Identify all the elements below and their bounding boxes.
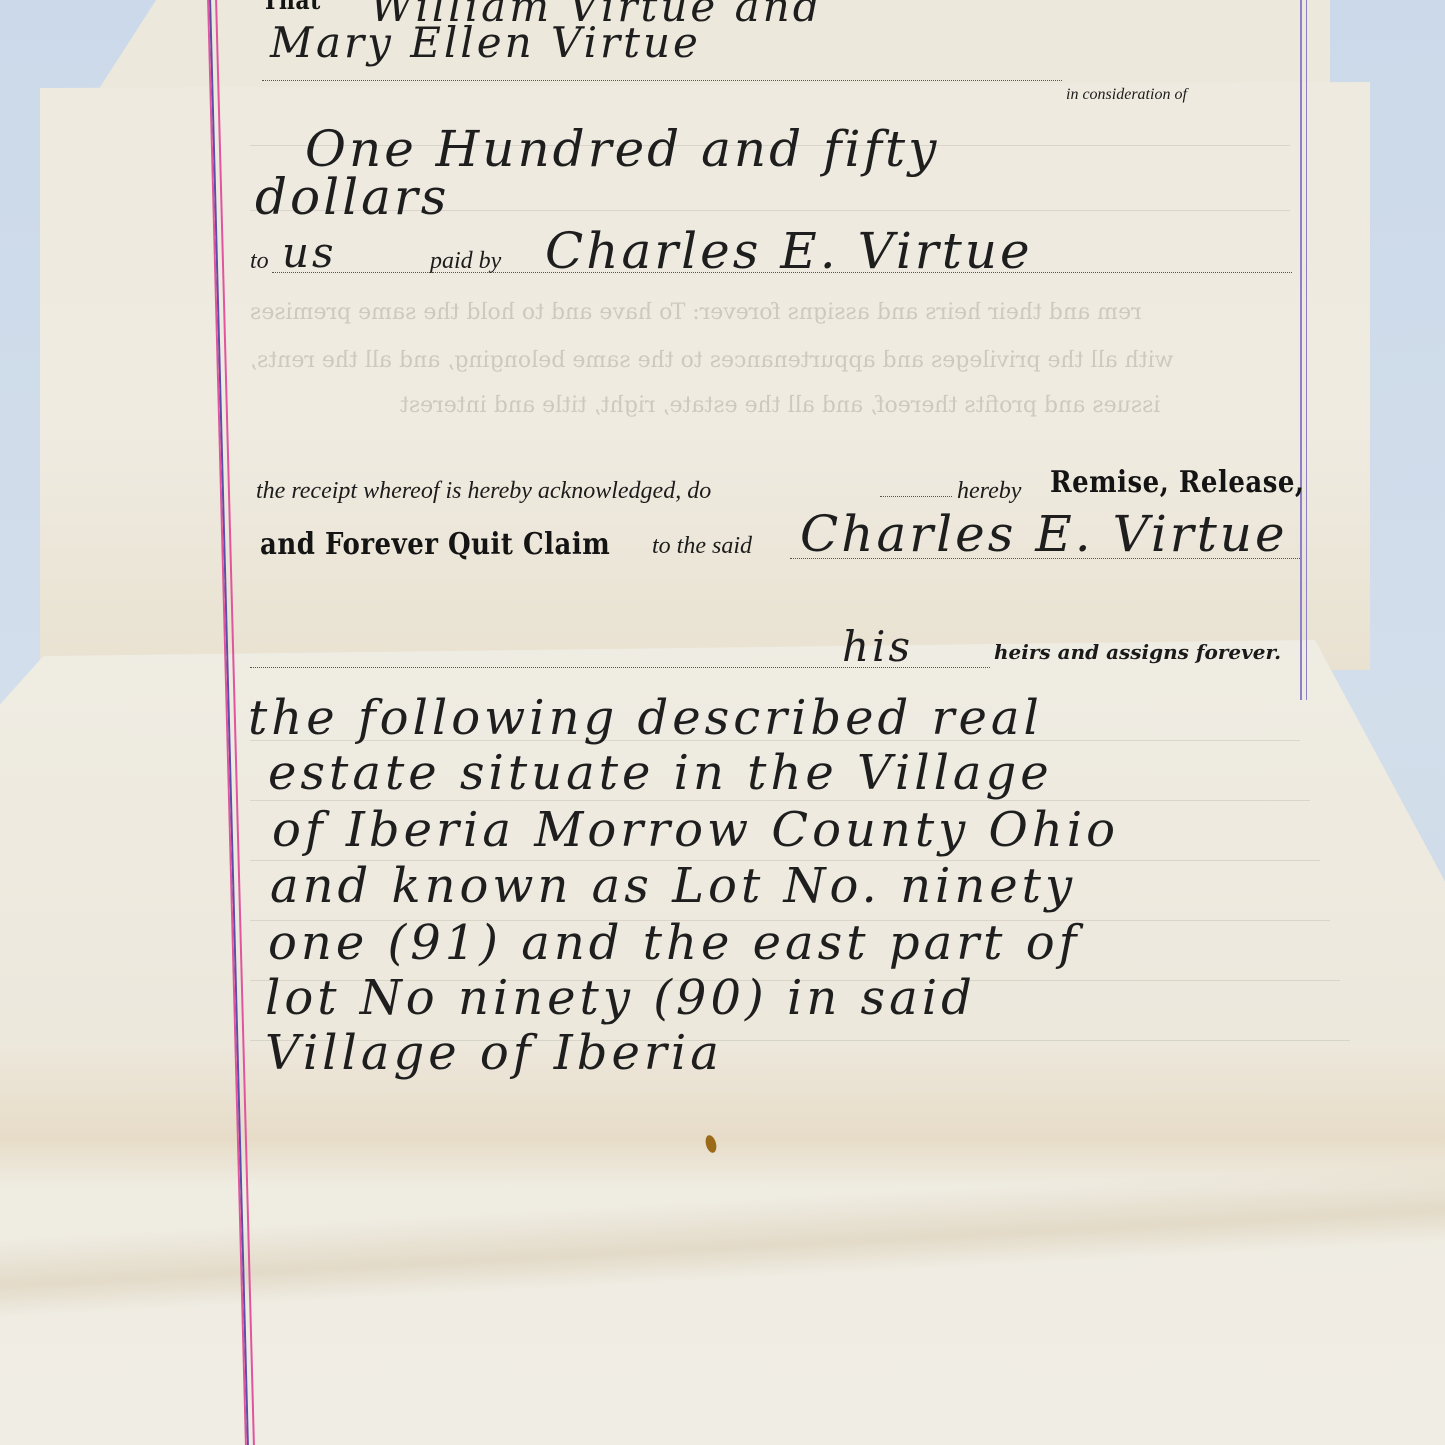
grantor-dotted-rule bbox=[262, 80, 1062, 81]
blackletter-header: That bbox=[262, 0, 321, 16]
description-line-5: one (91) and the east part of bbox=[268, 915, 1080, 971]
pronoun-value: his bbox=[842, 622, 913, 671]
bleed-through-text-1: rem and their heirs and assigns forever:… bbox=[250, 300, 1142, 325]
description-line-7: Village of Iberia bbox=[265, 1025, 723, 1081]
receipt-text: the receipt whereof is hereby acknowledg… bbox=[256, 478, 711, 505]
heirs-text: heirs and assigns forever. bbox=[994, 640, 1281, 664]
do-blank-rule bbox=[880, 496, 952, 497]
description-line-2: estate situate in the Village bbox=[268, 745, 1053, 801]
hereby-label: hereby bbox=[957, 478, 1021, 505]
heirs-dotted-rule bbox=[250, 667, 990, 668]
bleed-through-text-2: with all the privileges and appurtenance… bbox=[250, 348, 1174, 373]
paid-by-dotted-rule bbox=[272, 272, 1292, 273]
paid-by-label: paid by bbox=[430, 248, 501, 275]
bleed-through-text-3: issues and profits thereof, and all the … bbox=[400, 393, 1160, 418]
to-the-said-label: to the said bbox=[652, 533, 752, 560]
consideration-label: in consideration of bbox=[1066, 86, 1187, 104]
grantee-dotted-rule bbox=[790, 558, 1300, 559]
description-line-3: of Iberia Morrow County Ohio bbox=[272, 802, 1119, 858]
description-line-1: the following described real bbox=[248, 690, 1043, 746]
description-line-6: lot No ninety (90) in said bbox=[265, 970, 976, 1026]
to-value: us bbox=[282, 228, 337, 277]
remise-release-text: Remise, Release, bbox=[1050, 466, 1304, 501]
description-line-4: and known as Lot No. ninety bbox=[270, 858, 1076, 914]
forever-quit-claim-text: and Forever Quit Claim bbox=[260, 528, 610, 563]
consideration-amount-line-2: dollars bbox=[255, 168, 449, 226]
right-margin-line bbox=[1300, 0, 1307, 700]
grantee-name: Charles E. Virtue bbox=[800, 505, 1288, 563]
grantor-name-line-2: Mary Ellen Virtue bbox=[270, 18, 701, 67]
to-label: to bbox=[250, 248, 269, 275]
